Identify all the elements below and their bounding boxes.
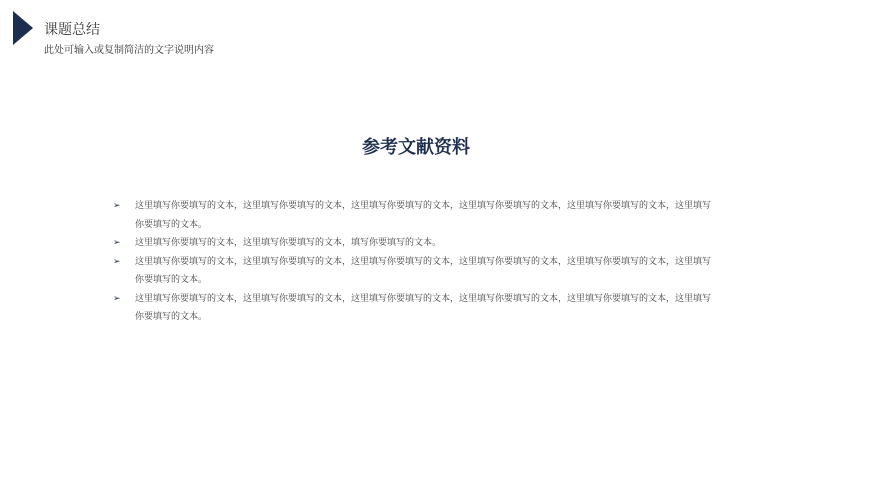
- list-item-text: 这里填写你要填写的文本，这里填写你要填写的文本，填写你要填写的文本。: [135, 238, 441, 248]
- section-heading: 参考文献资料: [0, 133, 832, 159]
- list-item-text: 这里填写你要填写的文本，这里填写你要填写的文本，这里填写你要填写的文本，这里填写…: [135, 257, 711, 286]
- list-item: ➢ 这里填写你要填写的文本，这里填写你要填写的文本，这里填写你要填写的文本，这里…: [113, 197, 713, 234]
- arrow-bullet-icon: ➢: [113, 197, 121, 216]
- arrow-bullet-icon: ➢: [113, 290, 121, 309]
- list-item: ➢ 这里填写你要填写的文本，这里填写你要填写的文本，填写你要填写的文本。: [113, 234, 713, 253]
- list-item: ➢ 这里填写你要填写的文本，这里填写你要填写的文本，这里填写你要填写的文本，这里…: [113, 253, 713, 290]
- list-item-text: 这里填写你要填写的文本，这里填写你要填写的文本，这里填写你要填写的文本，这里填写…: [135, 201, 711, 230]
- arrow-bullet-icon: ➢: [113, 253, 121, 272]
- arrow-bullet-icon: ➢: [113, 234, 121, 253]
- page-subtitle: 此处可输入或复制简洁的文字说明内容: [44, 41, 214, 56]
- title-triangle-icon: [13, 11, 33, 45]
- reference-list: ➢ 这里填写你要填写的文本，这里填写你要填写的文本，这里填写你要填写的文本，这里…: [113, 197, 713, 327]
- list-item-text: 这里填写你要填写的文本，这里填写你要填写的文本，这里填写你要填写的文本，这里填写…: [135, 294, 711, 323]
- list-item: ➢ 这里填写你要填写的文本，这里填写你要填写的文本，这里填写你要填写的文本，这里…: [113, 290, 713, 327]
- page-title: 课题总结: [44, 19, 100, 39]
